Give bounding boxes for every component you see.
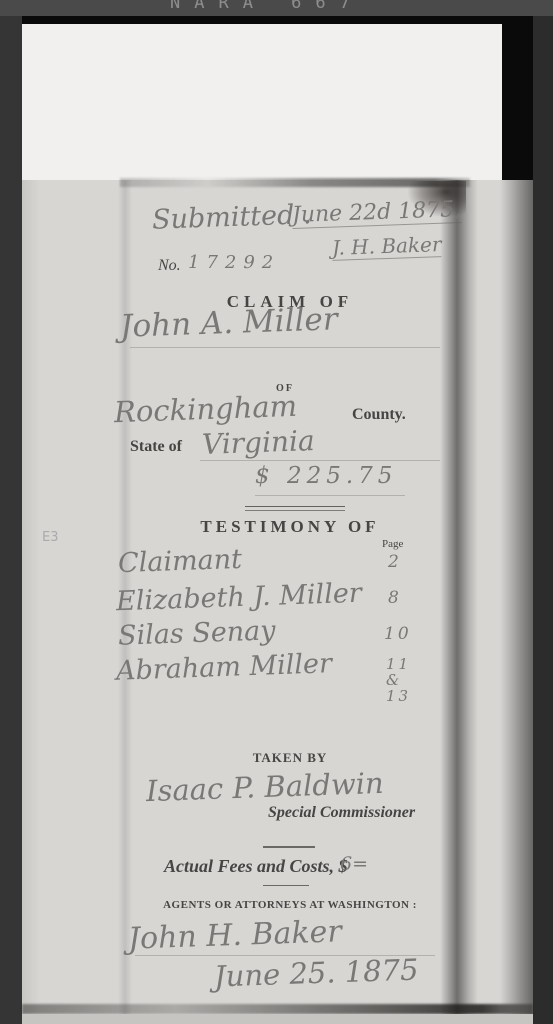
agent-name: John H. Baker — [127, 914, 342, 956]
photo-right-band — [533, 16, 553, 1024]
commissioner-title: Special Commissioner — [268, 804, 415, 822]
submitted-signature: J. H. Baker — [332, 232, 442, 261]
taken-by-heading: TAKEN BY — [190, 750, 390, 766]
scanned-claim-cover-page: NARA 667 E3 Submitted . June 22d 1875, J… — [0, 0, 553, 1024]
testimony-row-name: Silas Senay — [118, 615, 277, 651]
agent-date: June 25. 1875 — [213, 952, 419, 993]
right-page-edge-shadow — [500, 180, 533, 1018]
testimony-row-page: 2 — [388, 552, 399, 572]
claim-number-value: 17292 — [188, 252, 280, 273]
testimony-heading: TESTIMONY OF — [175, 517, 405, 537]
testimony-row-name: Claimant — [117, 544, 242, 579]
testimony-row-page: 10 — [384, 624, 412, 644]
agents-heading: AGENTS OR ATTORNEYS AT WASHINGTON : — [150, 899, 430, 911]
testimony-row-page: 8 — [388, 588, 399, 608]
county-value: Rockingham — [113, 389, 297, 429]
claim-number-label: No. — [158, 257, 181, 275]
right-fold-shadow — [440, 180, 478, 1018]
overexposed-top-area — [22, 24, 502, 180]
fees-label: Actual Fees and Costs, $ — [164, 856, 348, 877]
state-label: State of — [130, 438, 182, 456]
state-value: Virginia — [201, 424, 315, 461]
amount-line — [255, 495, 405, 496]
testimony-row-page: 11 & 13 — [386, 656, 411, 704]
film-edge-label: NARA 667 — [170, 0, 364, 13]
testimony-top-rule — [245, 506, 345, 511]
page-bottom-edge — [22, 1014, 533, 1024]
divider-rule — [263, 846, 315, 848]
divider-rule — [263, 885, 309, 886]
photo-left-band — [0, 16, 22, 1024]
fees-value: 6= — [340, 853, 368, 875]
bottom-edge-smudge — [22, 1004, 533, 1014]
film-edge-strip: NARA 667 — [0, 0, 553, 16]
claimant-name-line — [130, 347, 440, 348]
claimant-name: John A. Miller — [119, 301, 338, 345]
testimony-page-label: Page — [382, 538, 403, 550]
county-label: County. — [352, 406, 406, 424]
state-line — [200, 460, 440, 461]
amount-value: $ 225.75 — [255, 463, 397, 489]
submitted-word: Submitted . — [152, 199, 313, 236]
margin-mark: E3 — [42, 530, 59, 545]
